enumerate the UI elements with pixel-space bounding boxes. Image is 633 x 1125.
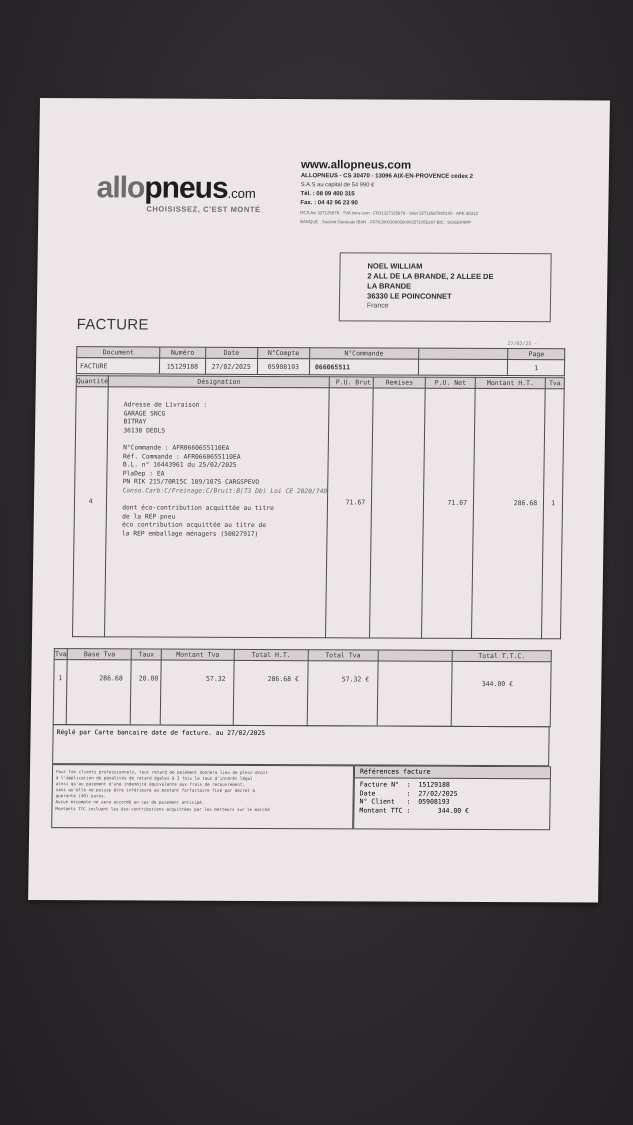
designation-line: N°Commande : AFR0660655110EA [123,444,328,453]
tot-total-tva: 57.32 € [307,661,378,726]
item-remises [370,388,426,638]
col-tva: Tva [545,378,564,389]
brand-tagline: CHOISISSEZ, C'EST MONTÉ [146,204,260,213]
value-date: 27/02/2025 [205,358,257,374]
tot-total-ttc: 344.00 € [451,661,551,726]
value-commande: 066065511 [309,359,418,375]
col-montant-ht: Montant H.T. [475,377,545,388]
col-total-ht: Total H.T. [234,649,307,660]
logo-text-pneus: pneus [144,171,228,204]
col-pu-net: P.U. Net [425,377,475,388]
legal-notice-box: Pour les clients professionnels, tout re… [51,764,354,829]
tot-tva-code: 1 [53,660,67,725]
col-numero: Numéro [160,347,206,358]
col-pu-brut: P.U. Brut [329,377,373,388]
totals-table: Tva Base Tva Taux Montant Tva Total H.T.… [53,648,552,727]
value-page: 1 [508,360,565,376]
item-designation: Adresse de Livraison :GARAGE SNCGBITRAY3… [105,387,329,638]
item-tva: 1 [542,389,564,639]
tot-montant-tva: 57.32 [160,660,234,725]
item-pu-brut: 71.67 [326,388,374,638]
references-list: Facture N° : 15129188Date : 27/02/2025N°… [354,778,550,815]
col-quantite: Quantité [76,376,108,387]
client-address-line1: 2 ALL DE LA BRANDE, 2 ALLEE DE [367,271,493,282]
value-document: FACTURE [76,358,159,374]
legal-notice-text: Pour les clients professionnels, tout re… [55,769,270,813]
col-tot-blank [378,650,453,661]
references-title: Références facture [355,766,550,779]
item-quantity: 4 [73,387,109,637]
allopneus-logo: allopneus.com [96,171,256,206]
client-city: 36330 LE POINCONNET [367,291,493,302]
tot-blank [377,661,452,726]
col-date: Date [205,347,257,358]
invoice-paper: allopneus.com CHOISISSEZ, C'EST MONTÉ ww… [28,98,610,902]
company-address: ALLOPNEUS - CS 30470 - 13096 AIX-EN-PROV… [301,173,473,180]
col-remises: Remises [373,377,425,388]
logo-text-allo: allo [96,171,144,204]
col-blank [418,348,508,359]
col-base-tva: Base Tva [67,649,131,660]
company-capital: S.A.S au capital de 54 990 € [301,182,375,188]
logo-text-com: .com [228,186,256,201]
designation-eco-label: Conso.Carb:C/Freinage:C/Bruit:B(73 Db) L… [122,487,327,496]
table-row: 4 Adresse de Livraison :GARAGE SNCGBITRA… [73,387,565,639]
col-page: Page [508,349,565,360]
tot-taux: 20.00 [131,660,161,725]
client-address-line2: LA BRANDE [367,281,493,292]
col-compte: N°Compte [257,347,309,358]
item-montant-ht: 286.68 [472,388,546,638]
print-date: 27/02/25 - [507,341,537,347]
client-name: NOEL WILLIAM [367,261,493,272]
value-compte: 05908193 [257,358,309,374]
table-row: 1 286.68 20.00 57.32 286.68 € 57.32 € 34… [53,660,551,727]
company-website: www.allopneus.com [301,159,411,171]
company-tel: Tél. : 08 09 400 315 [301,191,355,197]
document-title: FACTURE [77,316,149,333]
col-tot-tva: Tva [54,649,67,660]
tot-base-tva: 286.68 [66,660,131,725]
company-bank: BANQUE : Société Générale IBAN : FR76300… [300,219,471,225]
items-table: Quantité Désignation P.U. Brut Remises P… [72,375,565,639]
col-total-tva: Total Tva [308,650,378,661]
invoice-references-box: Références facture Facture N° : 15129188… [353,765,551,830]
col-total-ttc: Total T.T.C. [452,650,551,661]
item-pu-net: 71.67 [422,388,476,638]
company-rcs: RCS Aix 327125878 - TVA intra-com : FR31… [300,210,478,216]
client-address-box: NOEL WILLIAM 2 ALL DE LA BRANDE, 2 ALLEE… [339,252,552,322]
payment-note-box: Réglé par Carte bancaire date de facture… [52,724,550,766]
col-taux: Taux [132,649,162,660]
designation-text: Adresse de Livraison :GARAGE SNCGBITRAY3… [107,387,329,539]
value-blank [418,359,508,375]
col-document: Document [77,347,160,358]
company-fax: Fax. : 04 42 96 23 90 [300,200,357,206]
client-country: France [367,301,493,312]
col-montant-tva: Montant Tva [161,649,234,660]
col-commande: N°Commande [310,348,419,359]
designation-note: la REP emballage ménagers (50027917) [122,530,327,539]
invoice-header-table: Document Numéro Date N°Compte N°Commande… [76,346,565,376]
value-numero: 15129188 [160,358,206,374]
payment-note: Réglé par Carte bancaire date de facture… [57,729,266,737]
reference-row: Montant TTC : 344.00 € [354,806,549,815]
tot-total-ht: 286.68 € [233,660,307,725]
